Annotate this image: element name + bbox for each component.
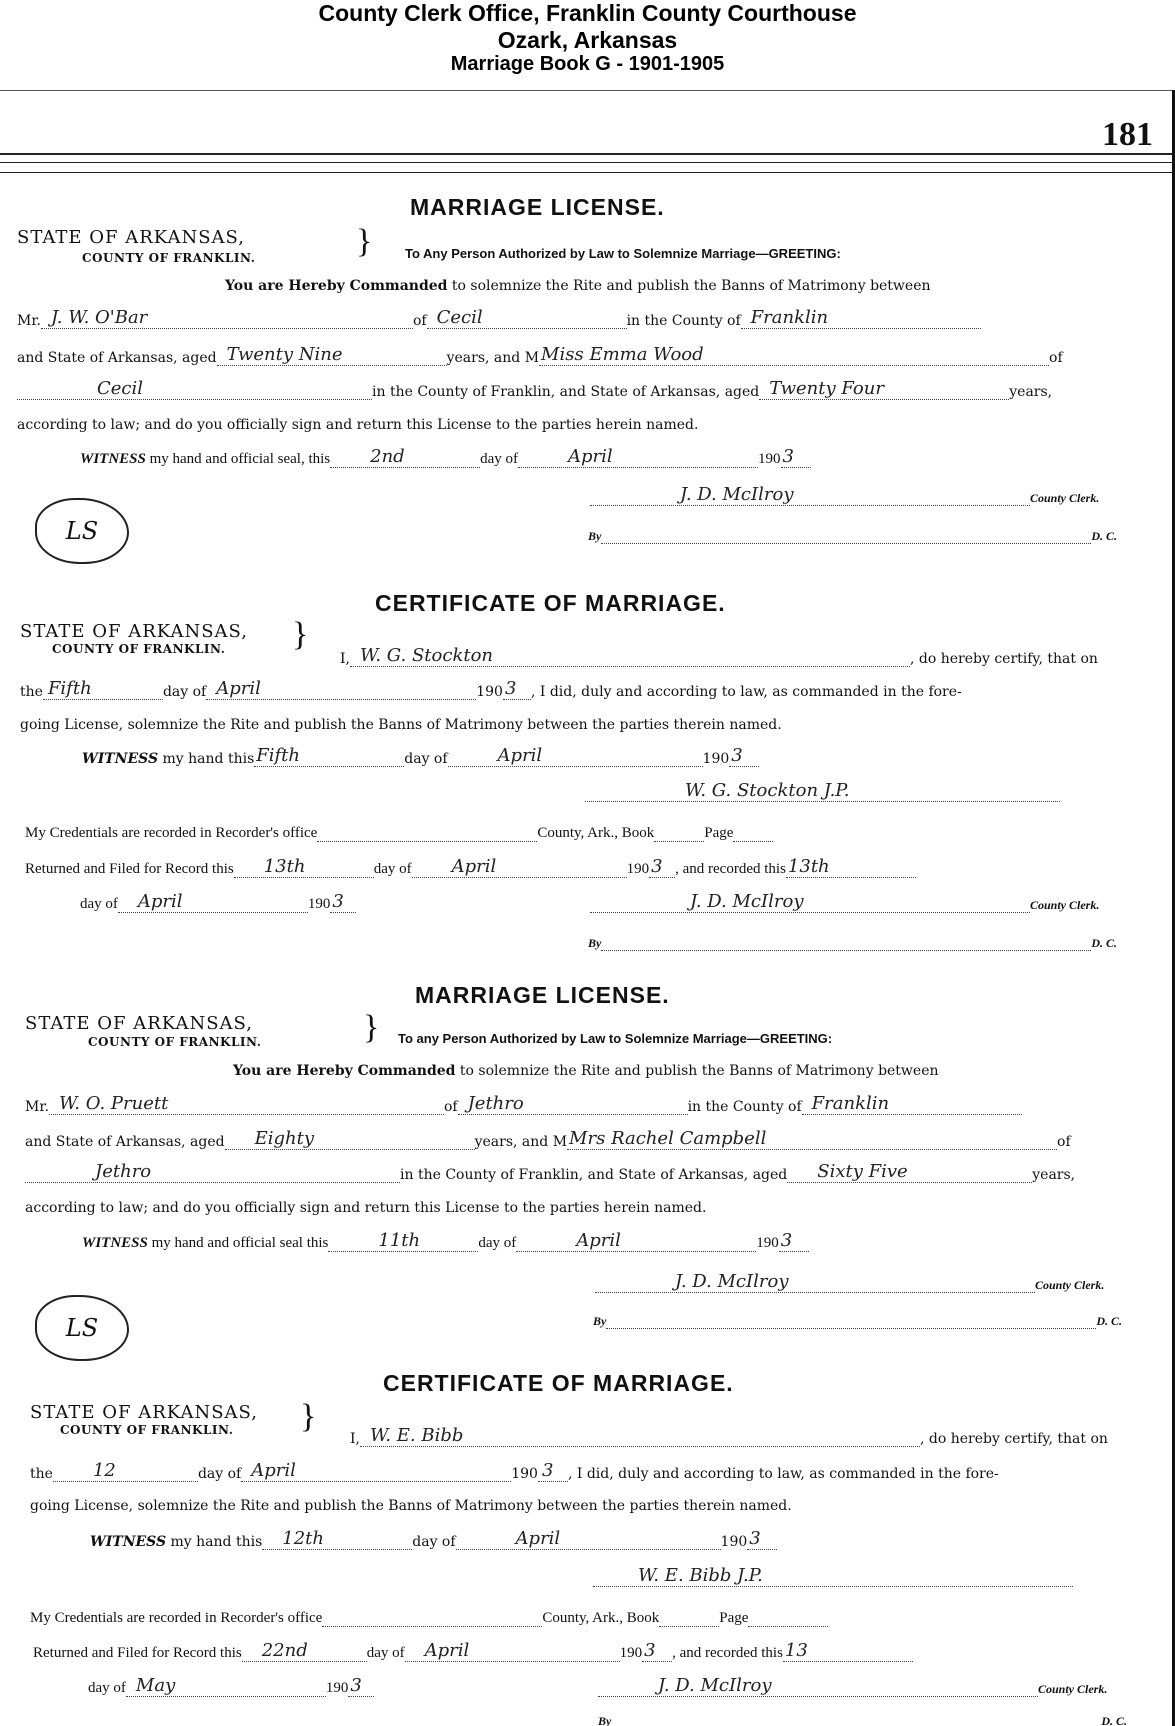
day-of-label: day of: [478, 1235, 516, 1252]
year-prefix: 190: [703, 751, 730, 767]
page-field: [733, 825, 773, 842]
book-field: [659, 1610, 719, 1627]
of-label: of: [413, 313, 427, 329]
witness-label: WITNESS: [82, 751, 158, 767]
groom-age: Eighty: [255, 1128, 314, 1149]
bride-name: Miss Emma Wood: [541, 344, 704, 365]
county-franklin-label: in the County of Franklin, and State of …: [400, 1167, 787, 1183]
certify-text: , do hereby certify, that on: [920, 1431, 1108, 1447]
year-prefix: 190: [756, 1235, 779, 1252]
day-of-label: day of: [80, 896, 118, 913]
recorded-day: 13: [785, 1640, 808, 1661]
day-of-label: day of: [163, 684, 206, 700]
aged-label: and State of Arkansas, aged: [17, 350, 217, 366]
header-rule-1: [0, 153, 1175, 155]
year-prefix: 190: [511, 1466, 538, 1482]
married-year: 3: [505, 678, 516, 699]
county-clerk-label: County Clerk.: [1030, 898, 1099, 913]
county-clerk-label: County Clerk.: [1038, 1682, 1107, 1697]
book-title: Marriage Book G - 1901-1905: [0, 53, 1175, 76]
bride-residence: Jethro: [95, 1161, 151, 1182]
county-franklin-label: in the County of Franklin, and State of …: [372, 384, 759, 400]
header-rule-2: [0, 162, 1175, 163]
in-county-label: in the County of: [627, 313, 741, 329]
issued-month: April: [568, 446, 613, 467]
state-label: STATE OF ARKANSAS,: [17, 227, 245, 248]
county-clerk-label: County Clerk.: [1035, 1278, 1104, 1293]
recorded-month: May: [136, 1675, 175, 1696]
groom-county: Franklin: [812, 1093, 889, 1114]
issued-day: 11th: [378, 1230, 420, 1251]
top-rule: [0, 90, 1175, 91]
according-text: according to law; and do you officially …: [25, 1200, 706, 1216]
married-year: 3: [542, 1460, 553, 1481]
year-prefix: 190: [308, 896, 331, 913]
witness-text: my hand and official seal this: [152, 1235, 329, 1252]
dc-label: D. C.: [1091, 529, 1117, 544]
by-label: By: [593, 1314, 606, 1329]
day-of-label: day of: [412, 1534, 455, 1550]
of-label: of: [1049, 350, 1063, 366]
witness-label: WITNESS: [82, 1235, 148, 1252]
brace: }: [363, 1011, 379, 1045]
county-label: COUNTY OF FRANKLIN.: [82, 251, 255, 265]
page-field: [748, 1610, 828, 1627]
witness-label: WITNESS: [80, 451, 146, 468]
filed-month: April: [452, 856, 497, 877]
clerk-signature: J. D. McIlroy: [675, 1271, 788, 1292]
year-prefix: 190: [476, 684, 503, 700]
state-label: STATE OF ARKANSAS,: [30, 1402, 258, 1423]
seal-icon: LS: [35, 498, 129, 564]
officiant-signature: W. E. Bibb J.P.: [638, 1565, 763, 1586]
certificate-title: CERTIFICATE OF MARRIAGE.: [383, 1370, 734, 1397]
recorded-text: , and recorded this: [675, 861, 786, 878]
page-label: Page: [719, 1610, 748, 1627]
witness-day: 12th: [282, 1528, 324, 1549]
officiant-name: W. E. Bibb: [370, 1425, 463, 1446]
archive-title: County Clerk Office, Franklin County Cou…: [0, 0, 1175, 27]
witness-text: my hand this: [171, 1534, 263, 1550]
years-and-label: years, and: [447, 350, 521, 366]
greeting: To Any Person Authorized by Law to Solem…: [405, 246, 841, 261]
witness-month: April: [516, 1528, 561, 1549]
married-month: April: [216, 678, 261, 699]
recorder-office-field: [322, 1610, 542, 1627]
by-label: By: [588, 936, 601, 951]
issued-year: 3: [781, 1230, 792, 1251]
clerk-signature: J. D. McIlroy: [690, 891, 803, 912]
the-label: the: [20, 684, 43, 700]
book-label: County, Ark., Book: [537, 825, 654, 842]
years-label: years,: [1032, 1167, 1075, 1183]
year-prefix: 190: [721, 1534, 748, 1550]
recorded-text: , and recorded this: [672, 1645, 783, 1662]
witness-month: April: [498, 745, 543, 766]
married-day: 12: [93, 1460, 116, 1481]
dc-label: D. C.: [1091, 936, 1117, 951]
witness-text: my hand and official seal, this: [150, 451, 331, 468]
filed-day: 13th: [264, 856, 306, 877]
officiant-name: W. G. Stockton: [360, 645, 493, 666]
recorded-month: April: [138, 891, 183, 912]
groom-name: J. W. O'Bar: [51, 307, 147, 328]
license-title: MARRIAGE LICENSE.: [410, 194, 665, 221]
the-label: the: [30, 1466, 53, 1482]
in-county-label: in the County of: [688, 1099, 802, 1115]
commanded-phrase: You are Hereby Commanded: [233, 1063, 455, 1079]
bride-age: Twenty Four: [769, 378, 884, 399]
bride-residence: Cecil: [97, 378, 143, 399]
according-text: according to law; and do you officially …: [17, 417, 698, 433]
brace: }: [292, 618, 308, 652]
year-prefix: 190: [758, 451, 781, 468]
header-rule-3: [0, 172, 1175, 173]
groom-residence: Jethro: [468, 1093, 524, 1114]
years-label: years,: [1009, 384, 1052, 400]
greeting: To any Person Authorized by Law to Solem…: [398, 1031, 832, 1046]
witness-label: WITNESS: [90, 1534, 166, 1550]
county-label: COUNTY OF FRANKLIN.: [52, 642, 225, 656]
recorded-year: 3: [332, 891, 343, 912]
commanded-text: to solemnize the Rite and publish the Ba…: [452, 278, 931, 294]
groom-name: W. O. Pruett: [59, 1093, 168, 1114]
aged-label: and State of Arkansas, aged: [25, 1134, 225, 1150]
mr-label: Mr.: [25, 1099, 49, 1115]
did-text: , I did, duly and according to law, as c…: [568, 1466, 999, 1482]
married-month: April: [251, 1460, 296, 1481]
groom-age: Twenty Nine: [227, 344, 343, 365]
groom-county: Franklin: [751, 307, 828, 328]
dc-label: D. C.: [1101, 1714, 1127, 1726]
witness-text: my hand this: [163, 751, 255, 767]
recorded-day: 13th: [788, 856, 830, 877]
bride-age: Sixty Five: [817, 1161, 907, 1182]
filed-month: April: [425, 1640, 470, 1661]
day-of-label: day of: [88, 1680, 126, 1697]
of-label: of: [444, 1099, 458, 1115]
i-label: I,: [340, 651, 350, 667]
page-number: 181: [1102, 116, 1153, 154]
certificate-title: CERTIFICATE OF MARRIAGE.: [375, 590, 726, 617]
book-label: County, Ark., Book: [542, 1610, 659, 1627]
married-day: Fifth: [48, 678, 92, 699]
state-label: STATE OF ARKANSAS,: [20, 621, 248, 642]
deputy-signature-line: [611, 1712, 1101, 1726]
officiant-signature: W. G. Stockton J.P.: [685, 780, 849, 801]
day-of-label: day of: [367, 1645, 405, 1662]
page-label: Page: [704, 825, 733, 842]
deputy-signature-line: [601, 527, 1091, 544]
returned-text: Returned and Filed for Record this: [25, 861, 234, 878]
seal-icon: LS: [35, 1295, 129, 1361]
commanded-phrase: You are Hereby Commanded: [225, 278, 447, 294]
year-prefix: 190: [326, 1680, 349, 1697]
going-text: going License, solemnize the Rite and pu…: [30, 1498, 792, 1514]
bride-name: Mrs Rachel Campbell: [569, 1128, 766, 1149]
commanded-text: to solemnize the Rite and publish the Ba…: [460, 1063, 939, 1079]
witness-year: 3: [731, 745, 742, 766]
county-label: COUNTY OF FRANKLIN.: [60, 1423, 233, 1437]
by-label: By: [598, 1714, 611, 1726]
credentials-text: My Credentials are recorded in Recorder'…: [25, 825, 317, 842]
state-label: STATE OF ARKANSAS,: [25, 1013, 253, 1034]
clerk-signature: J. D. McIlroy: [680, 484, 793, 505]
day-of-label: day of: [198, 1466, 241, 1482]
license-title: MARRIAGE LICENSE.: [415, 982, 670, 1009]
issued-month: April: [576, 1230, 621, 1251]
did-text: , I did, duly and according to law, as c…: [531, 684, 962, 700]
years-and-label: years, and: [475, 1134, 549, 1150]
recorded-year: 3: [350, 1675, 361, 1696]
witness-day: Fifth: [256, 745, 300, 766]
groom-residence: Cecil: [437, 307, 483, 328]
county-clerk-label: County Clerk.: [1030, 491, 1099, 506]
deputy-signature-line: [606, 1312, 1096, 1329]
clerk-signature: J. D. McIlroy: [658, 1675, 771, 1696]
credentials-text: My Credentials are recorded in Recorder'…: [30, 1610, 322, 1627]
year-prefix: 190: [627, 861, 650, 878]
year-prefix: 190: [620, 1645, 643, 1662]
certify-text: , do hereby certify, that on: [910, 651, 1098, 667]
issued-year: 3: [783, 446, 794, 467]
book-field: [654, 825, 704, 842]
day-of-label: day of: [404, 751, 447, 767]
brace: }: [356, 225, 372, 259]
i-label: I,: [350, 1431, 360, 1447]
witness-year: 3: [749, 1528, 760, 1549]
brace: }: [300, 1400, 316, 1434]
county-label: COUNTY OF FRANKLIN.: [88, 1035, 261, 1049]
going-text: going License, solemnize the Rite and pu…: [20, 717, 782, 733]
filed-day: 22nd: [262, 1640, 308, 1661]
day-of-label: day of: [480, 451, 518, 468]
returned-text: Returned and Filed for Record this: [33, 1645, 242, 1662]
recorder-office-field: [317, 825, 537, 842]
day-of-label: day of: [374, 861, 412, 878]
deputy-signature-line: [601, 934, 1091, 951]
by-label: By: [588, 529, 601, 544]
issued-day: 2nd: [370, 446, 405, 467]
of-label: of: [1057, 1134, 1071, 1150]
dc-label: D. C.: [1096, 1314, 1122, 1329]
filed-year: 3: [651, 856, 662, 877]
mr-label: Mr.: [17, 313, 41, 329]
archive-location: Ozark, Arkansas: [0, 27, 1175, 54]
filed-year: 3: [644, 1640, 655, 1661]
